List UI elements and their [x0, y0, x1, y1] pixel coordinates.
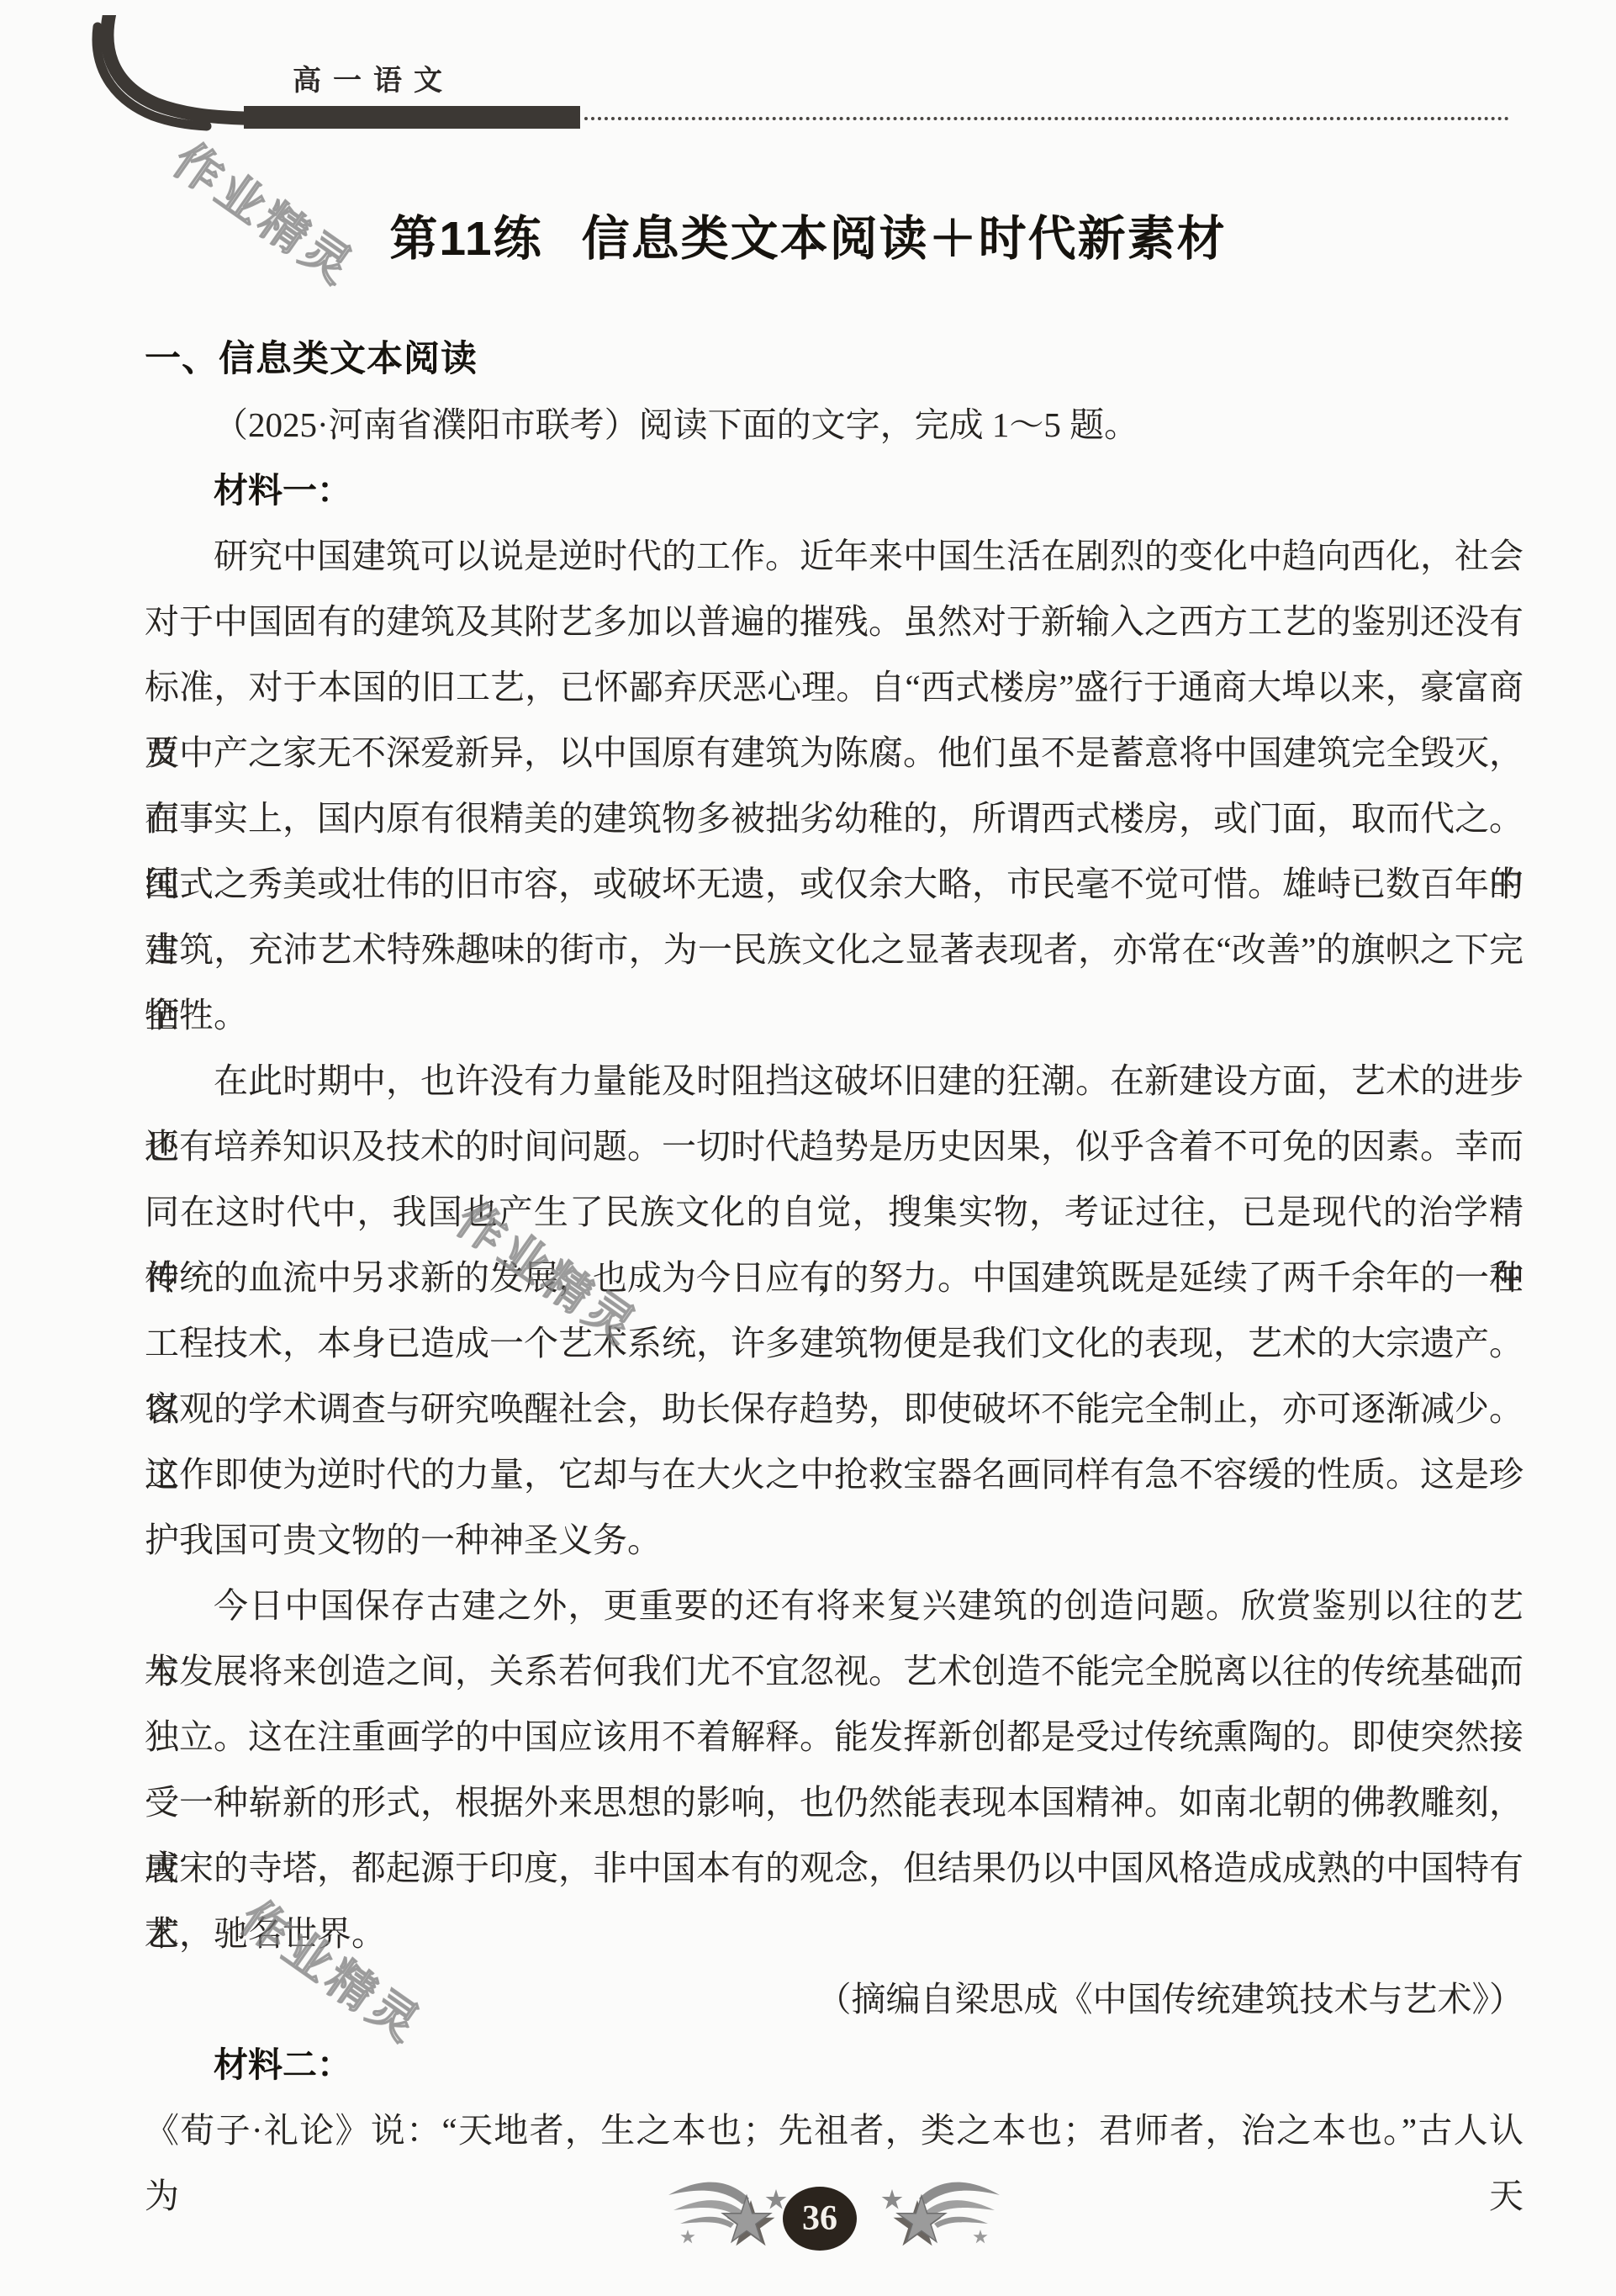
paragraph-line: 今日中国保存古建之外，更重要的还有将来复兴建筑的创造问题。欣赏鉴别以往的艺术，	[145, 1573, 1524, 1638]
paragraph-line: 护我国可贵文物的一种神圣义务。	[145, 1507, 1524, 1573]
paragraph-line: 客观的学术调查与研究唤醒社会，助长保存趋势，即使破坏不能完全制止，亦可逐渐减少。…	[145, 1376, 1524, 1442]
paragraph-line: 牺牲。	[145, 982, 1524, 1048]
material-one-label: 材料一：	[145, 458, 1524, 523]
header-swoosh-banner	[91, 15, 595, 137]
paragraph-line: 工程技术，本身已造成一个艺术系统，许多建筑物便是我们文化的表现，艺术的大宗遗产。…	[145, 1310, 1524, 1376]
paragraph-line: 与发展将来创造之间，关系若何我们尤不宜忽视。艺术创造不能完全脱离以往的传统基础而	[145, 1638, 1524, 1704]
attribution: （摘编自梁思成《中国传统建筑技术与艺术》）	[145, 1966, 1524, 2032]
paragraph-line: 传统的血流中另求新的发展，也成为今日应有的努力。中国建筑既是延续了两千余年的一种	[145, 1245, 1524, 1310]
paragraph-line: 建筑，充沛艺术特殊趣味的街市，为一民族文化之显著表现者，亦常在“改善”的旗帜之下…	[145, 917, 1524, 982]
lesson-title: 第11练信息类文本阅读＋时代新素材	[0, 200, 1616, 269]
swoosh-icon	[91, 15, 595, 133]
paragraph-line: 还有培养知识及技术的时间问题。一切时代趋势是历史因果，似乎含着不可免的因素。幸而	[145, 1114, 1524, 1179]
star-decoration-left-icon	[667, 2175, 793, 2263]
paragraph-line: 受一种崭新的形式，根据外来思想的影响，也仍然能表现本国精神。如南北朝的佛教雕刻，…	[145, 1770, 1524, 1835]
paragraph-line: 国式之秀美或壮伟的旧市容，或破坏无遗，或仅余大略，市民毫不觉可惜。雄峙已数百年的…	[145, 851, 1524, 917]
paragraph-line: 术，驰名世界。	[145, 1901, 1524, 1966]
paragraph-line: 标准，对于本国的旧工艺，已怀鄙弃厌恶心理。自“西式楼房”盛行于通商大埠以来，豪富…	[145, 654, 1524, 720]
header-dotted-rule	[584, 117, 1509, 120]
text-column: 一、信息类文本阅读 （2025·河南省濮阳市联考）阅读下面的文字，完成 1～5 …	[145, 326, 1524, 2163]
paragraph-line: 唐宋的寺塔，都起源于印度，非中国本有的观念，但结果仍以中国风格造成成熟的中国特有…	[145, 1835, 1524, 1901]
lesson-title-text: 信息类文本阅读＋时代新素材	[582, 212, 1227, 266]
section-heading: 一、信息类文本阅读	[145, 326, 1524, 392]
material-two-label: 材料二：	[145, 2032, 1524, 2098]
page-number-badge: 36	[783, 2187, 857, 2251]
paragraph-line: 对于中国固有的建筑及其附艺多加以普遍的摧残。虽然对于新输入之西方工艺的鉴别还没有	[145, 589, 1524, 654]
exam-source-intro: （2025·河南省濮阳市联考）阅读下面的文字，完成 1～5 题。	[145, 392, 1524, 458]
paragraph-line: 《荀子·礼论》说：“天地者，生之本也；先祖者，类之本也；君师者，治之本也。”古人…	[145, 2098, 1524, 2163]
paragraph-line: 工作即使为逆时代的力量，它却与在大火之中抢救宝器名画同样有急不容缓的性质。这是珍	[145, 1442, 1524, 1507]
lesson-number: 第11练	[389, 212, 542, 266]
paragraph-line: 在此时期中，也许没有力量能及时阻挡这破坏旧建的狂潮。在新建设方面，艺术的进步也	[145, 1048, 1524, 1114]
workbook-page: 高一语文 第11练信息类文本阅读＋时代新素材 作业精灵 作业精灵 作业精灵 一、…	[0, 0, 1616, 2296]
paragraph-line: 同在这时代中，我国也产生了民族文化的自觉，搜集实物，考证过往，已是现代的治学精神…	[145, 1179, 1524, 1245]
paragraph-line: 独立。这在注重画学的中国应该用不着解释。能发挥新创都是受过传统熏陶的。即使突然接	[145, 1704, 1524, 1770]
paragraph-line: 及中产之家无不深爱新异，以中国原有建筑为陈腐。他们虽不是蓄意将中国建筑完全毁灭，…	[145, 720, 1524, 786]
paragraph-line: 在事实上，国内原有很精美的建筑物多被拙劣幼稚的，所谓西式楼房，或门面，取而代之。…	[145, 786, 1524, 851]
paragraph-line: 研究中国建筑可以说是逆时代的工作。近年来中国生活在剧烈的变化中趋向西化，社会	[145, 523, 1524, 589]
star-decoration-right-icon	[875, 2175, 1001, 2263]
